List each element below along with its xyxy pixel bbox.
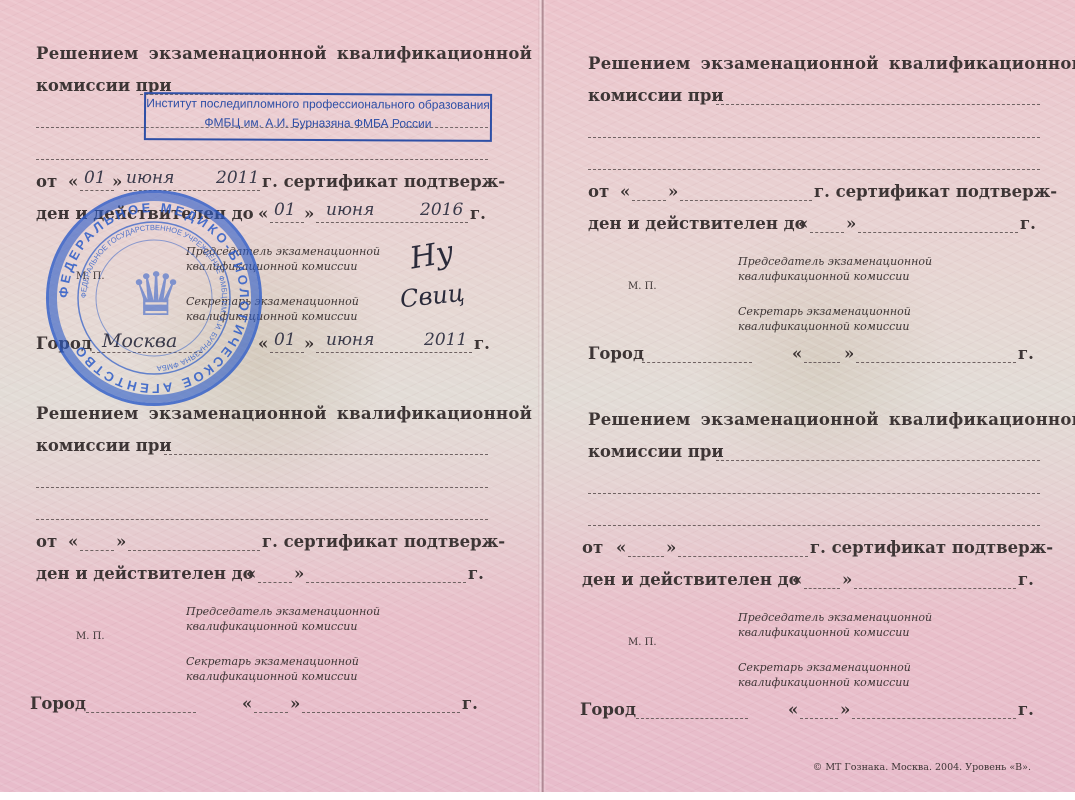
from-day: 01 <box>84 168 106 188</box>
from-day-field[interactable] <box>80 550 114 551</box>
from-month-year-field[interactable] <box>680 200 812 201</box>
heading-line: Решением экзаменационной квалификационно… <box>588 410 1040 442</box>
until-day-field[interactable] <box>804 588 840 589</box>
blank-line <box>36 159 488 160</box>
chairman-label: Председатель экзаменационной квалификаци… <box>186 604 380 634</box>
date-day-field[interactable] <box>254 712 288 713</box>
city-field[interactable] <box>642 362 752 363</box>
printer-imprint: © МТ Гознака. Москва. 2004. Уровень «В». <box>813 762 1031 773</box>
date-year: 2011 <box>424 330 467 350</box>
heading-line: Решением экзаменационной квалификационно… <box>588 54 1040 86</box>
left-page: Решением экзаменационной квалификационно… <box>0 0 538 792</box>
from-month-year-field[interactable] <box>678 556 808 557</box>
chairman-label: Председатель экзаменационной квалификаци… <box>738 610 932 640</box>
until-month-year-field[interactable] <box>854 588 1016 589</box>
heading-line: Решением экзаменационной квалификационно… <box>36 404 488 436</box>
date-month-year-field[interactable] <box>856 362 1016 363</box>
blank-line <box>36 487 488 488</box>
city-field[interactable] <box>636 718 748 719</box>
chairman-label: Председатель экзаменационной квалификаци… <box>738 254 932 284</box>
date-month-year-field[interactable] <box>302 712 460 713</box>
blank-line <box>588 493 1040 494</box>
chairman-signature: Ну <box>407 234 456 276</box>
from-day-field[interactable] <box>628 556 664 557</box>
heading-line: Решением экзаменационной квалификационно… <box>36 44 488 76</box>
round-seal: ФЕДЕРАЛЬНОЕ МЕДИКО-БИОЛОГИЧЕСКОЕ АГЕНТСТ… <box>46 190 262 406</box>
seal-place-label: М. П. <box>628 281 657 292</box>
city-field[interactable] <box>86 712 196 713</box>
from-month-year-field[interactable] <box>128 550 260 551</box>
commission-line <box>716 460 1040 461</box>
certificate-spread: Решением экзаменационной квалификационно… <box>0 0 1075 792</box>
from-day-field[interactable] <box>632 200 666 201</box>
seal-place-label: М. П. <box>76 631 105 642</box>
until-month: июня <box>326 200 374 220</box>
secretary-label: Секретарь экзаменационной квалификационн… <box>186 654 359 684</box>
commission-label: комиссии при <box>588 442 724 461</box>
institution-stamp: Институт последипломного профессионально… <box>144 92 492 142</box>
blank-line <box>588 525 1040 526</box>
seal-place-label: М. П. <box>628 637 657 648</box>
commission-label: комиссии при <box>588 86 724 105</box>
until-day-field[interactable] <box>810 232 844 233</box>
page-fold <box>538 0 546 792</box>
from-month: июня <box>126 168 174 188</box>
entry-blank: Решением экзаменационной квалификационно… <box>588 410 1040 730</box>
date-day-field[interactable] <box>800 718 838 719</box>
cert-confirm-text: г. сертификат подтверж- <box>262 172 505 191</box>
until-year: 2016 <box>420 200 463 220</box>
commission-line <box>164 454 488 455</box>
until-month-year-field[interactable] <box>306 582 466 583</box>
right-page: Решением экзаменационной квалификационно… <box>546 0 1075 792</box>
blank-line <box>588 137 1040 138</box>
quote-open: « <box>68 172 78 191</box>
commission-line <box>716 104 1040 105</box>
entry-blank: Решением экзаменационной квалификационно… <box>36 404 488 724</box>
from-label: от <box>36 172 57 191</box>
entry-blank: Решением экзаменационной квалификационно… <box>588 54 1040 374</box>
date-month: июня <box>326 330 374 350</box>
blank-line <box>588 169 1040 170</box>
date-month-year-field[interactable] <box>852 718 1016 719</box>
from-year: 2011 <box>216 168 259 188</box>
secretary-label: Секретарь экзаменационной квалификационн… <box>738 304 911 334</box>
until-month-year-field[interactable] <box>858 232 1018 233</box>
blank-line <box>36 519 488 520</box>
date-day-field[interactable] <box>804 362 840 363</box>
eagle-emblem-icon: ♛ <box>121 255 191 335</box>
until-day: 01 <box>274 200 296 220</box>
secretary-label: Секретарь экзаменационной квалификационн… <box>738 660 911 690</box>
commission-label: комиссии при <box>36 436 172 455</box>
until-day-field[interactable] <box>258 582 292 583</box>
date-day: 01 <box>274 330 296 350</box>
